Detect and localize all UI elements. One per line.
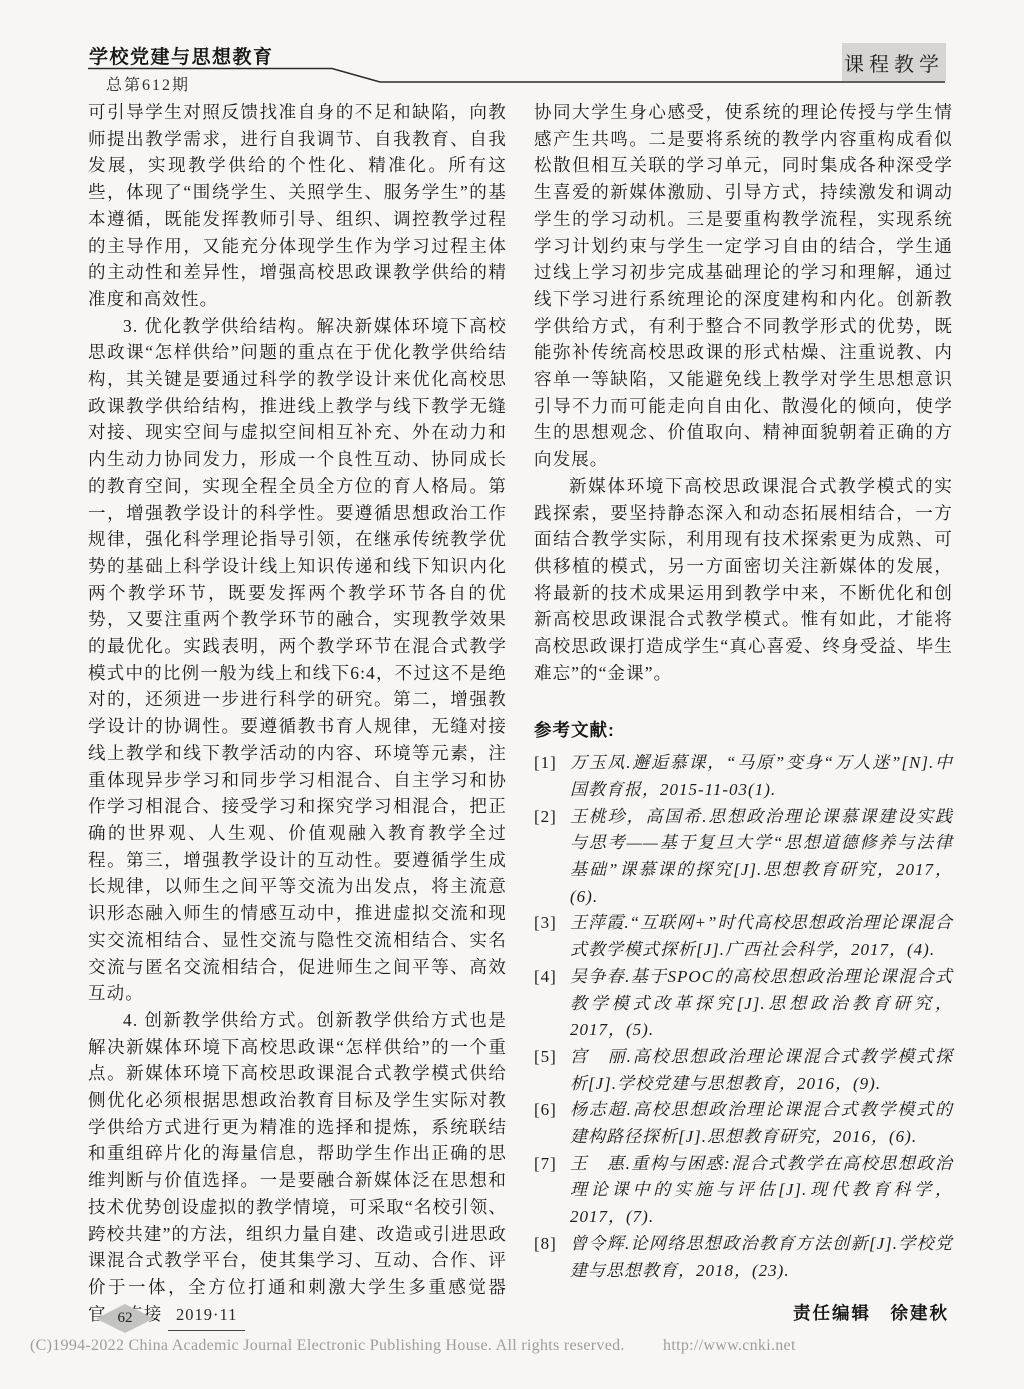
reference-label: [7] [534, 1151, 557, 1178]
reference-text: 曾令辉.论网络思想政治教育方法创新[J].学校党建与思想教育，2018，(23)… [570, 1234, 953, 1280]
body-paragraph: 可引导学生对照反馈找准自身的不足和缺陷，向教师提出教学需求，进行自我调节、自我教… [88, 99, 507, 313]
body-paragraph: 协同大学生身心感受，使系统的理论传授与学生情感产生共鸣。二是要将系统的教学内容重… [534, 99, 953, 473]
reference-text: 王 惠.重构与困惑:混合式教学在高校思想政治理论课中的实施与评估[J].现代教育… [570, 1154, 953, 1226]
body-paragraph: 新媒体环境下高校思政课混合式教学模式的实践探索，要坚持静态深入和动态拓展相结合，… [534, 473, 953, 687]
journal-page: 学校党建与思想教育 总第612期 课程教学 可引导学生对照反馈找准自身的不足和缺… [0, 0, 1024, 1389]
reference-item: [5] 宫 丽.高校思想政治理论课混合式教学模式探析[J].学校党建与思想教育，… [534, 1044, 953, 1097]
reference-item: [3] 王萍霞.“互联网+”时代高校思想政治理论课混合式教学模式探析[J].广西… [534, 910, 953, 963]
references-heading: 参考文献: [534, 717, 953, 744]
reference-text: 王桃珍，高国希.思想政治理论课慕课建设实践与思考——基于复旦大学“思想道德修养与… [570, 807, 953, 906]
right-column: 协同大学生身心感受，使系统的理论传授与学生情感产生共鸣。二是要将系统的教学内容重… [534, 99, 953, 1327]
reference-label: [5] [534, 1044, 557, 1071]
reference-label: [1] [534, 750, 557, 777]
reference-label: [2] [534, 804, 557, 831]
reference-label: [3] [534, 910, 557, 937]
section-tab: 课程教学 [842, 43, 946, 81]
section-label: 课程教学 [844, 48, 944, 77]
reference-label: [8] [534, 1231, 557, 1258]
reference-item: [8] 曾令辉.论网络思想政治教育方法创新[J].学校党建与思想教育，2018，… [534, 1231, 953, 1284]
reference-text: 万玉凤.邂逅慕课，“马原”变身“万人迷”[N].中国教育报，2015-11-03… [570, 753, 953, 799]
reference-label: [6] [534, 1097, 557, 1124]
reference-item: [1] 万玉凤.邂逅慕课，“马原”变身“万人迷”[N].中国教育报，2015-1… [534, 750, 953, 803]
reference-label: [4] [534, 964, 557, 991]
copyright-line: (C)1994-2022 China Academic Journal Elec… [30, 1337, 994, 1355]
body-paragraph: 4. 创新教学供给方式。创新教学供给方式也是解决新媒体环境下高校思政课“怎样供给… [88, 1007, 507, 1327]
reference-text: 王萍霞.“互联网+”时代高校思想政治理论课混合式教学模式探析[J].广西社会科学… [570, 913, 953, 959]
reference-item: [2] 王桃珍，高国希.思想政治理论课慕课建设实践与思考——基于复旦大学“思想道… [534, 804, 953, 911]
reference-item: [4] 吴争春.基于SPOC的高校思想政治理论课混合式教学模式改革探究[J].思… [534, 964, 953, 1044]
body-paragraph: 3. 优化教学供给结构。解决新媒体环境下高校思政课“怎样供给”问题的重点在于优化… [88, 313, 507, 1007]
reference-text: 吴争春.基于SPOC的高校思想政治理论课混合式教学模式改革探究[J].思想政治教… [570, 967, 953, 1039]
reference-text: 宫 丽.高校思想政治理论课混合式教学模式探析[J].学校党建与思想教育，2016… [570, 1047, 953, 1093]
site-url: http://www.cnki.net [663, 1337, 796, 1354]
issue-date: 2019·11 [168, 1305, 245, 1331]
editor-credit: 责任编辑 徐建秋 [534, 1300, 953, 1327]
page-number: 62 [118, 1310, 133, 1327]
reference-item: [6] 杨志超.高校思想政治理论课混合式教学模式的建构路径探析[J].思想教育研… [534, 1097, 953, 1150]
reference-item: [7] 王 惠.重构与困惑:混合式教学在高校思想政治理论课中的实施与评估[J].… [534, 1151, 953, 1231]
left-column: 可引导学生对照反馈找准自身的不足和缺陷，向教师提出教学需求，进行自我调节、自我教… [88, 99, 507, 1327]
copyright-text: (C)1994-2022 China Academic Journal Elec… [30, 1337, 625, 1354]
reference-text: 杨志超.高校思想政治理论课混合式教学模式的建构路径探析[J].思想教育研究，20… [570, 1100, 953, 1146]
